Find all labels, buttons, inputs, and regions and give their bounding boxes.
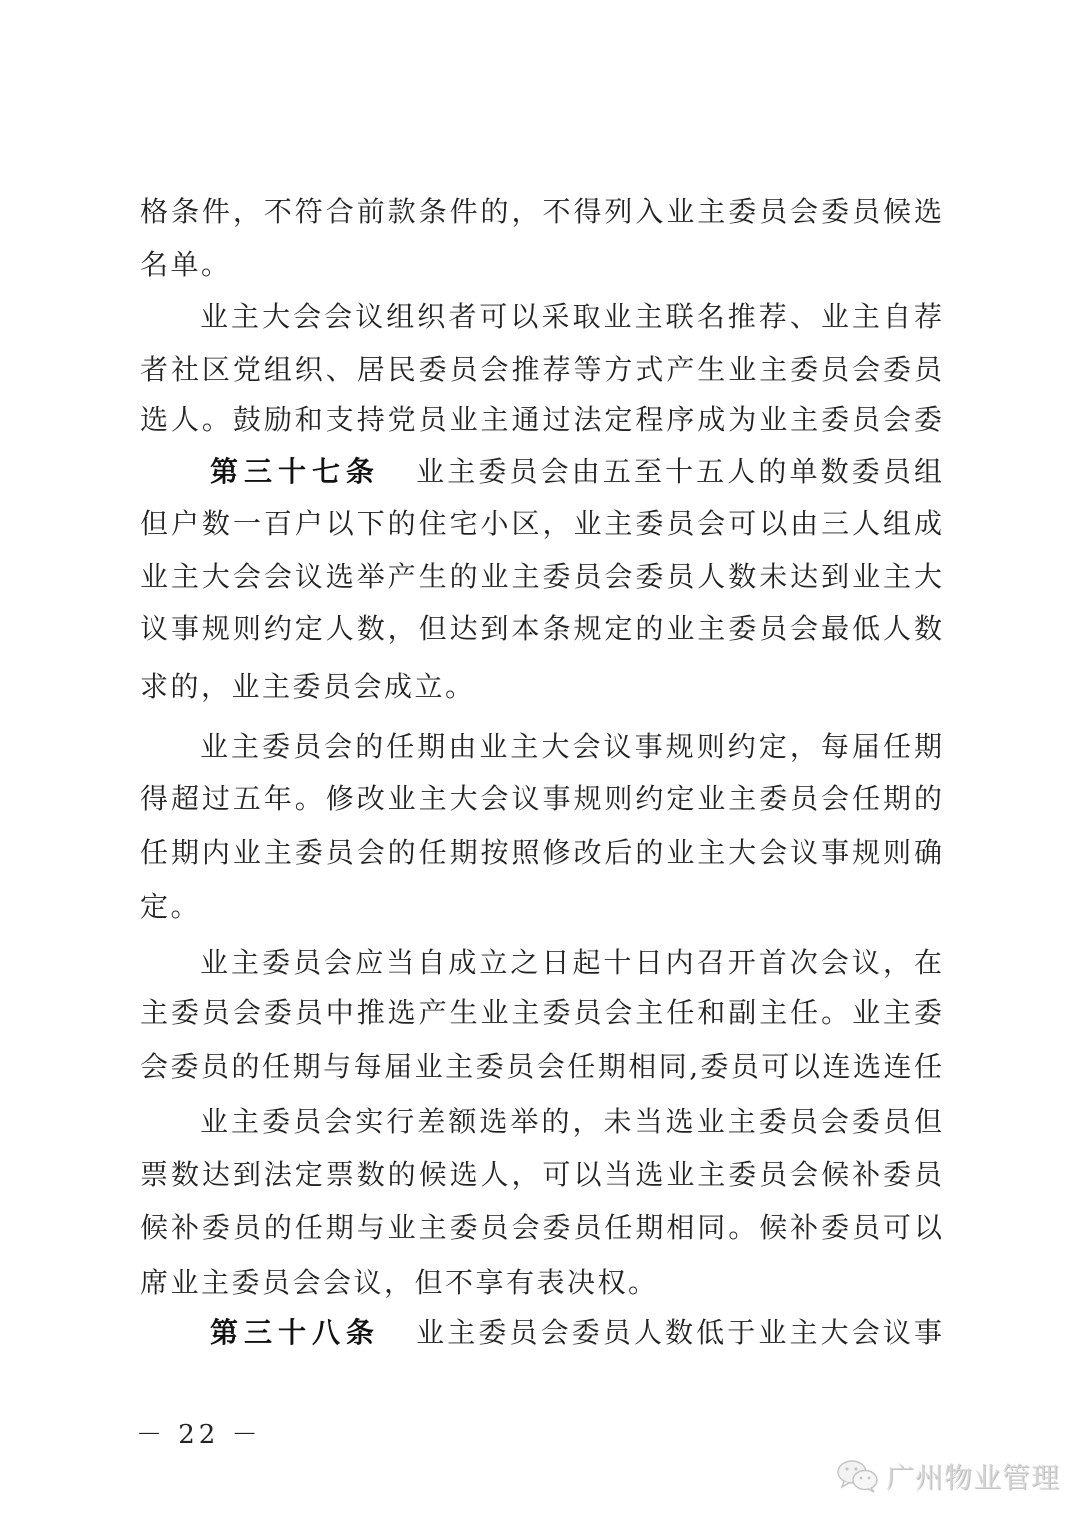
page-number: － 22 － xyxy=(136,1414,262,1451)
text-line: 任​ 期​ 内​ 业​ 主​ 委​ 员​ 会​ 的​ 任​ 期​ 按​ 照​ 修… xyxy=(140,833,942,873)
text-line: 会​ 委​ 员​ 的​ 任​ 期​ 与​ 每​ 届​ 业​ 主​ 委​ 员​ 会… xyxy=(140,1047,942,1087)
article-37-heading-line: ​ ​ ​ ​ 第​ 三​ 十​ 七​ 条业​ 主​ 委​ 员​ 会​ 由​ 五… xyxy=(200,452,942,492)
watermark: 广州物业管理 xyxy=(836,1456,1060,1496)
text-line: 名单。 xyxy=(140,245,232,285)
text-line: 主​ 委​ 员​ 会​ 委​ 员​ 中​ 推​ 选​ 产​ 生​ 业​ 主​ 委… xyxy=(140,993,942,1033)
text-line: 业​ 主​ 委​ 员​ 会​ 应​ 当​ 自​ 成​ 立​ 之​ 日​ 起​ 十… xyxy=(200,943,942,983)
watermark-text: 广州物业管理 xyxy=(886,1456,1060,1496)
text-line: 业​ 主​ 委​ 员​ 会​ 的​ 任​ 期​ 由​ 业​ 主​ 大​ 会​ 议… xyxy=(200,727,942,767)
text-line: 得​ 超​ 过​ 五​ 年​ 。​ 修​ 改​ 业​ 主​ 大​ 会​ 议​ 事… xyxy=(140,779,942,819)
text-line: 候​ 补​ 委​ 员​ 的​ 任​ 期​ 与​ 业​ 主​ 委​ 员​ 会​ 委… xyxy=(140,1208,942,1248)
text-line: 议​ 事​ 规​ 则​ 约​ 定​ 人​ 数​ ，​ 但​ 达​ 到​ 本​ 条… xyxy=(140,609,942,649)
text-line: 求的，业主委员会成立。 xyxy=(140,667,476,707)
text-line: 者​ 社​ 区​ 党​ 组​ 织​ 、​ 居​ 民​ 委​ 员​ 会​ 推​ 荐… xyxy=(140,350,942,390)
text-line: 业​ 主​ 委​ 员​ 会​ 实​ 行​ 差​ 额​ 选​ 举​ 的​ ，​ 未… xyxy=(200,1102,942,1142)
text-line: 业​ 主​ 大​ 会​ 会​ 议​ 选​ 举​ 产​ 生​ 的​ 业​ 主​ 委… xyxy=(140,557,942,597)
text-line: 票​ 数​ 达​ 到​ 法​ 定​ 票​ 数​ 的​ 候​ 选​ 人​ ，​ 可… xyxy=(140,1155,942,1195)
text-line: 定。 xyxy=(140,887,201,927)
text-line: 业​ 主​ 大​ 会​ 会​ 议​ 组​ 织​ 者​ 可​ 以​ 采​ 取​ 业… xyxy=(200,297,942,337)
text-line: 席业主委员会会议，但不享有表决权。 xyxy=(140,1263,659,1303)
document-page: 格​ 条​ 件​ ，​ 不​ 符​ 合​ 前​ 款​ 条​ 件​ 的​ ，​ 不… xyxy=(0,0,1080,1527)
article-number: 第​ 三​ 十​ 八​ 条 xyxy=(210,1316,375,1349)
wechat-icon xyxy=(836,1459,880,1493)
text-line: 格​ 条​ 件​ ，​ 不​ 符​ 合​ 前​ 款​ 条​ 件​ 的​ ，​ 不… xyxy=(140,192,942,232)
article-number: 第​ 三​ 十​ 七​ 条 xyxy=(210,455,375,488)
article-38-heading-line: ​ ​ ​ ​ 第​ 三​ 十​ 八​ 条业​ 主​ 委​ 员​ 会​ 委​ 员… xyxy=(200,1313,942,1353)
text-line: 选​ 人​ 。​ 鼓​ 励​ 和​ 支​ 持​ 党​ 员​ 业​ 主​ 通​ 过… xyxy=(140,400,942,440)
text-line: 但​ 户​ 数​ 一​ 百​ 户​ 以​ 下​ 的​ 住​ 宅​ 小​ 区​ ，… xyxy=(140,504,942,544)
